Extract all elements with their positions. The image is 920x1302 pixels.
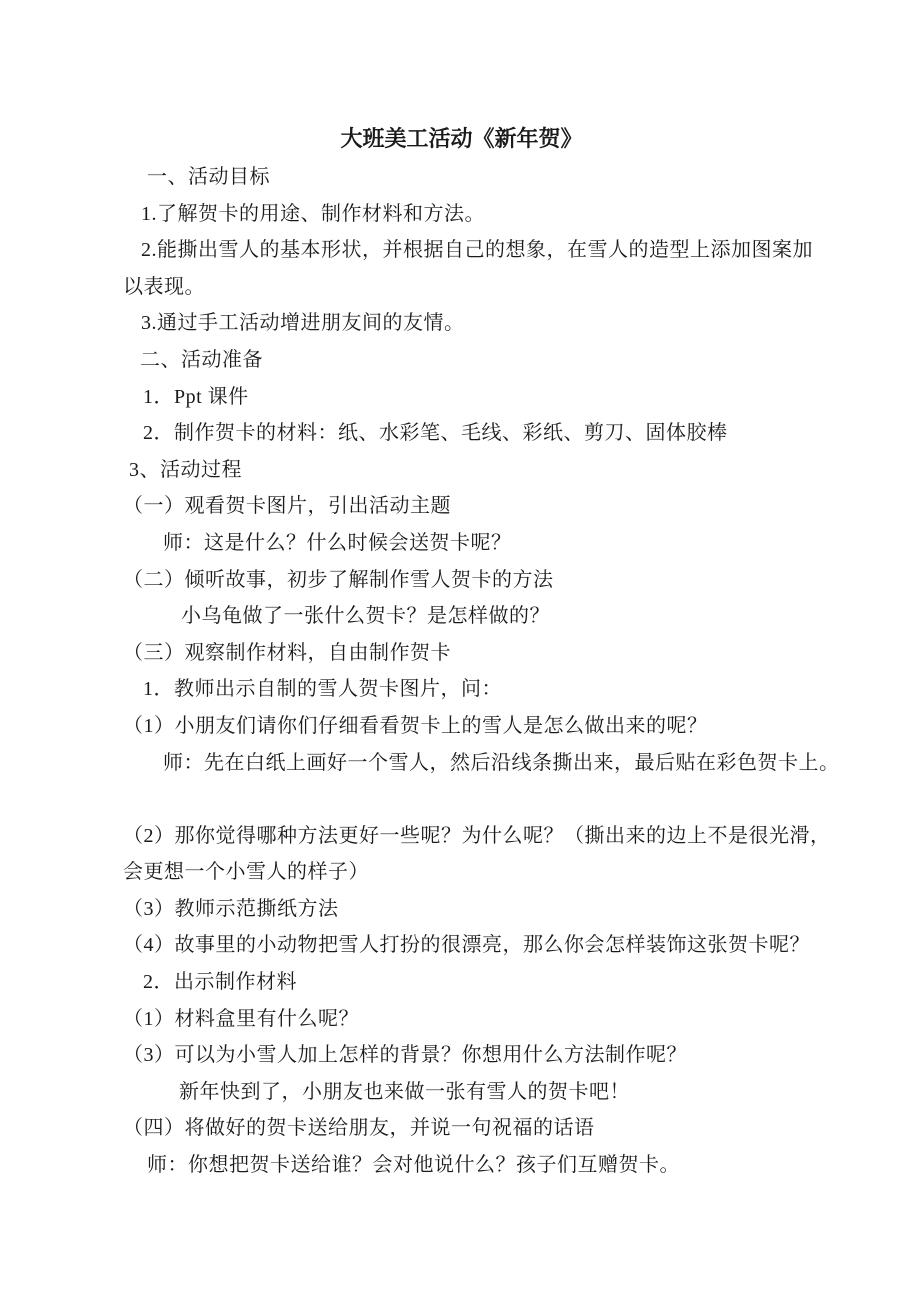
- text-line: （3）教师示范撕纸方法: [123, 891, 800, 928]
- text-line: 师：先在白纸上画好一个雪人，然后沿线条撕出来，最后贴在彩色贺卡上。: [123, 745, 800, 782]
- text-line: 1.了解贺卡的用途、制作材料和方法。: [123, 196, 800, 233]
- text-line: （三）观察制作材料，自由制作贺卡: [123, 635, 800, 672]
- text-line: （1）小朋友们请你们仔细看看贺卡上的雪人是怎么做出来的呢？: [123, 708, 800, 745]
- text-line: 1．教师出示自制的雪人贺卡图片，问：: [123, 671, 800, 708]
- text-line: （1）材料盒里有什么呢？: [123, 1001, 800, 1038]
- blank-line: [123, 781, 800, 818]
- text-line: 二、活动准备: [123, 342, 800, 379]
- text-line: 师：你想把贺卡送给谁？会对他说什么？孩子们互赠贺卡。: [123, 1147, 800, 1184]
- text-line: 师：这是什么？什么时候会送贺卡呢？: [123, 525, 800, 562]
- text-line: （四）将做好的贺卡送给朋友，并说一句祝福的话语: [123, 1110, 800, 1147]
- text-line: 新年快到了，小朋友也来做一张有雪人的贺卡吧！: [123, 1074, 800, 1111]
- text-line: （2）那你觉得哪种方法更好一些呢？为什么呢？（撕出来的边上不是很光滑，: [123, 818, 800, 855]
- text-line: （二）倾听故事，初步了解制作雪人贺卡的方法: [123, 562, 800, 599]
- text-line: 小乌龟做了一张什么贺卡？是怎样做的？: [123, 598, 800, 635]
- text-line: 2．出示制作材料: [123, 964, 800, 1001]
- text-line: 3.通过手工活动增进朋友间的友情。: [123, 305, 800, 342]
- text-line: 3、活动过程: [123, 452, 800, 489]
- text-line: 以表现。: [123, 269, 800, 306]
- text-line: （4）故事里的小动物把雪人打扮的很漂亮，那么你会怎样装饰这张贺卡呢？: [123, 927, 800, 964]
- text-line: （3）可以为小雪人加上怎样的背景？你想用什么方法制作呢？: [123, 1037, 800, 1074]
- text-line: 2．制作贺卡的材料：纸、水彩笔、毛线、彩纸、剪刀、固体胶棒: [123, 415, 800, 452]
- document-body: 一、活动目标1.了解贺卡的用途、制作材料和方法。2.能撕出雪人的基本形状，并根据…: [123, 159, 800, 1184]
- document-title: 大班美工活动《新年贺》: [123, 121, 800, 157]
- text-line: 2.能撕出雪人的基本形状，并根据自己的想象，在雪人的造型上添加图案加: [123, 232, 800, 269]
- document-page: 大班美工活动《新年贺》 一、活动目标1.了解贺卡的用途、制作材料和方法。2.能撕…: [0, 0, 920, 1302]
- text-line: 1．Ppt 课件: [123, 379, 800, 416]
- text-line: 一、活动目标: [123, 159, 800, 196]
- text-line: 会更想一个小雪人的样子）: [123, 854, 800, 891]
- text-line: （一）观看贺卡图片，引出活动主题: [123, 488, 800, 525]
